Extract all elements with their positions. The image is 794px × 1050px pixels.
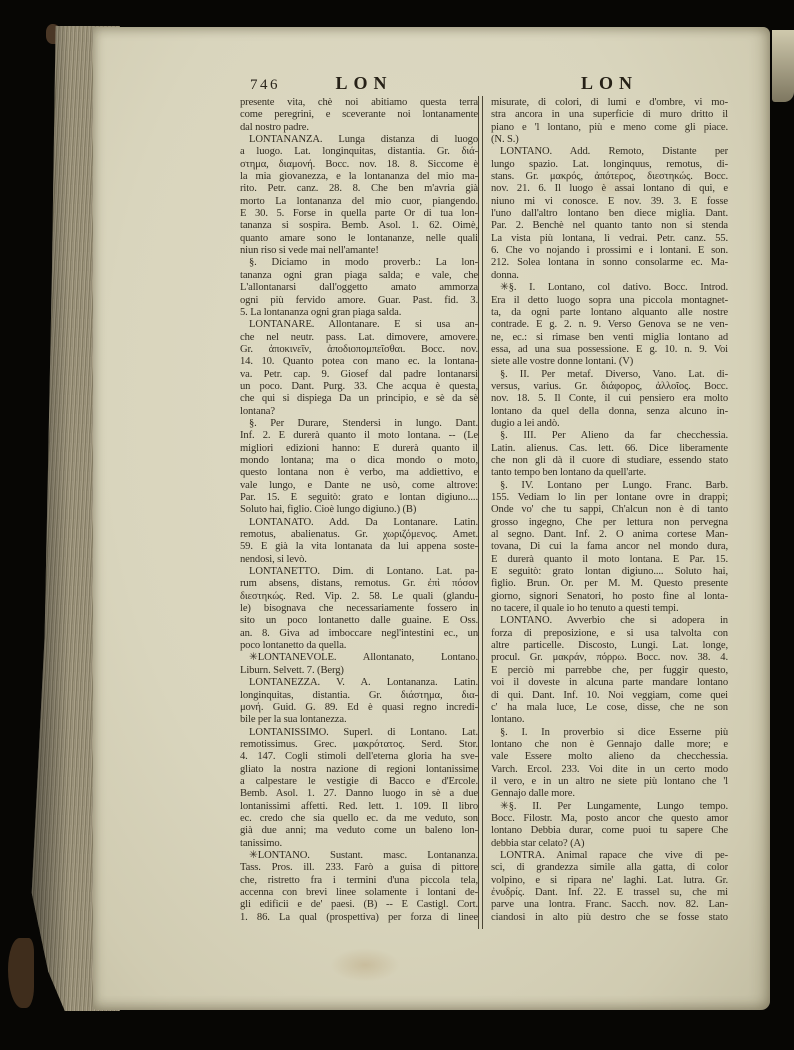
- text-line: LONTANETTO. Dim. di Lontano. Lat. pa-: [240, 566, 478, 578]
- text-line: longinquitas, distantia. Gr. διάστημα, δ…: [240, 690, 478, 702]
- text-line: sci, di grandezza simile alla gatta, di …: [491, 862, 728, 874]
- text-line: Varch. Ercol. 233. Voi dite in un certo …: [491, 764, 728, 776]
- text-line: bile per la sua lontanezza.: [240, 714, 478, 726]
- text-line: tanto tempo ben lontano da quell'arte.: [491, 467, 728, 479]
- text-line: che nel neutr. pass. Lat. dimovere, amov…: [240, 332, 478, 344]
- text-line: Liburn. Selvett. 7. (Berg): [240, 665, 478, 677]
- text-column-left: presente vita, chè noi abitiamo questa t…: [240, 97, 478, 924]
- text-line: al segno. Dant. Inf. 2. O anima cortese …: [491, 529, 728, 541]
- text-line: piano e 'l lontano, più e meno come gli …: [491, 122, 728, 134]
- text-line: μονή. Guid. G. 89. Ed è quasi regno incr…: [240, 702, 478, 714]
- text-line: un poco. Dant. Purg. 33. Che acqua è que…: [240, 381, 478, 393]
- text-line: volpino, e si ripara ne' laghi. Lat. lut…: [491, 875, 728, 887]
- text-line: lontano da quel della donna, senza alcun…: [491, 406, 728, 418]
- text-line: dugio a lei andò.: [491, 418, 728, 430]
- text-line: vale Essere molto alieno da checchessia.: [491, 751, 728, 763]
- text-line: l'uno dall'altro lontano ben diece migli…: [491, 208, 728, 220]
- text-line: migliori edizioni hanno: E durerà quanto…: [240, 443, 478, 455]
- text-line: accenna con brevi linee solamente i lont…: [240, 887, 478, 899]
- text-line: misurate, di colori, di lumi e d'ombre, …: [491, 97, 728, 109]
- text-line: niuno mi vi conosce. E nov. 39. 3. E fos…: [491, 196, 728, 208]
- text-line: στημα, διαμονή. Bocc. nov. 18. 8. Siccom…: [240, 159, 478, 171]
- text-line: essa, ad una sua possessione. E g. 10. n…: [491, 344, 728, 356]
- text-line: la mia giovanezza, e la lontananza del m…: [240, 171, 478, 183]
- text-line: §. Per Durare, Stendersi in lungo. Dant.: [240, 418, 478, 430]
- text-line: remotissimus. Grec. μακρότατος. Serd. St…: [240, 739, 478, 751]
- text-line: gli edificii e de' paesi. (B) -- E Casti…: [240, 899, 478, 911]
- text-line: che qui si dispiega Da un principio, e s…: [240, 393, 478, 405]
- column-divider-rule: [478, 96, 483, 929]
- text-line: §. I. In proverbio si dice Esserne più: [491, 727, 728, 739]
- text-line: Bemb. Asol. 1. 27. Danno luogo in sè a d…: [240, 788, 478, 800]
- text-line: c' ha mala luce, Le cose, disse, che ne …: [491, 702, 728, 714]
- text-line: vale lungo, e Dante ne usò, come altrove…: [240, 480, 478, 492]
- text-line: stra ancora in una superficie di muro dr…: [491, 109, 728, 121]
- text-line: §. II. Per metaf. Diverso, Vano. Lat. di…: [491, 369, 728, 381]
- text-line: il vero, e in un altro ne siete più lont…: [491, 776, 728, 788]
- text-line: voi il doveste in alcuna parte mandare l…: [491, 677, 728, 689]
- text-column-right: misurate, di colori, di lumi e d'ombre, …: [491, 97, 728, 924]
- text-line: ta, da ogni parte lontano alquanto alle …: [491, 307, 728, 319]
- text-line: poco lontanetto da quella.: [240, 640, 478, 652]
- text-line: figlio. Brun. Or. per M. M. Questo prese…: [491, 578, 728, 590]
- text-line: Par. 15. E seguitò: grato e lontan digiu…: [240, 492, 478, 504]
- text-line: morto La lontananza del mio cuor, piange…: [240, 196, 478, 208]
- text-line: come peregrini, e sceverante noi lontana…: [240, 109, 478, 121]
- text-line: questo lontana non è verbo, ma addiettiv…: [240, 467, 478, 479]
- text-line: di qui. Dant. Inf. 10. Noi veggiam, come…: [491, 690, 728, 702]
- text-line: lontana?: [240, 406, 478, 418]
- text-line: ✳LONTANEVOLE. Allontanato, Lontano.: [240, 652, 478, 664]
- text-line: E durerà quanto il moto lontana. E Par. …: [491, 554, 728, 566]
- text-line: a calpestare le vestigie di Bacco e d'Er…: [240, 776, 478, 788]
- text-line: 6. Che vo nojando i prossimi e i lontani…: [491, 245, 728, 257]
- text-line: che non gli dà il cuore di studiare, ess…: [491, 455, 728, 467]
- text-line: (N. S.): [491, 134, 728, 146]
- text-line: LONTANATO. Add. Da Lontanare. Latin.: [240, 517, 478, 529]
- text-line: Par. 2. Benchè nel quanto tanto non si s…: [491, 220, 728, 232]
- text-line: le) bisognava che necessariamente fosser…: [240, 603, 478, 615]
- book-cover-fragment-bottom: [8, 938, 34, 1008]
- text-line: tananza si sospira. Bemb. Asol. 1. 62. O…: [240, 220, 478, 232]
- text-line: 212. Solea lontana in sonno consolarme e…: [491, 257, 728, 269]
- text-line: tananza ogni gran piaga salda; e vale, c…: [240, 270, 478, 282]
- text-line: 5. La lontananza ogni gran piaga salda.: [240, 307, 478, 319]
- text-line: lontano.: [491, 714, 728, 726]
- text-line: E 30. 5. Forse in quella parte Or di tua…: [240, 208, 478, 220]
- text-line: ne, ec.: si rimase ben venti miglia lont…: [491, 332, 728, 344]
- text-line: lontanissimi affetti. Red. lett. 1. 109.…: [240, 801, 478, 813]
- text-line: presente vita, chè noi abitiamo questa t…: [240, 97, 478, 109]
- text-line: parve una lontra. Franc. Sacch. nov. 82.…: [491, 899, 728, 911]
- text-line: rum absens, distans, remotus. Gr. ἐπὶ πό…: [240, 578, 478, 590]
- text-line: altre particelle. Discosto, Lungi. Lat. …: [491, 640, 728, 652]
- text-line: Bocc. Filostr. Ma, posto ancor che quest…: [491, 813, 728, 825]
- text-line: §. III. Per Alieno da far checchessia.: [491, 430, 728, 442]
- text-line: 1. 86. La qual (prospettiva) per forza d…: [240, 912, 478, 924]
- text-line: procul. Gr. μακράν, πόρρω. Bocc. nov. 38…: [491, 652, 728, 664]
- text-line: grosso ingegno, Che per lettura non perv…: [491, 517, 728, 529]
- text-line: tovana, Di cui la fama ancor nel mondo d…: [491, 541, 728, 553]
- text-line: tanissimo.: [240, 838, 478, 850]
- text-line: niun riso si vede mai nell'amante!: [240, 245, 478, 257]
- text-line: Soluto hai, figlio. Cioè lungo digiuno.)…: [240, 504, 478, 516]
- text-line: LONTANO. Avverbio che si adopera in: [491, 615, 728, 627]
- text-line: che, ristretto fra i termini d'una picco…: [240, 875, 478, 887]
- text-line: donna.: [491, 270, 728, 282]
- text-line: Gennajo dalle more.: [491, 788, 728, 800]
- text-line: La vista più lontana, lì vedrai. Petr. c…: [491, 233, 728, 245]
- text-line: LONTANEZZA. V. A. Lontananza. Latin.: [240, 677, 478, 689]
- text-line: Onde vo' che tu sappi, Ch'alcun non è di…: [491, 504, 728, 516]
- text-line: sito un poco lontanetto dalle guaine. E …: [240, 615, 478, 627]
- text-line: §. IV. Lontano per Lungo. Franc. Barb.: [491, 480, 728, 492]
- text-line: nov. 18. 5. Il Conte, il cui pensiero er…: [491, 393, 728, 405]
- text-line: Inf. 2. E durerà quanto il moto lontana.…: [240, 430, 478, 442]
- text-line: διεστηκώς. Red. Vip. 2. 58. Le quali (gl…: [240, 591, 478, 603]
- book-scan: 746 LON LON presente vita, chè noi abiti…: [0, 0, 794, 1050]
- text-line: quanto amare sono le lontananze, nelle q…: [240, 233, 478, 245]
- text-line: ciandosi in alto più destro che se fosse…: [491, 912, 728, 924]
- text-line: LONTANARE. Allontanare. E si usa an-: [240, 319, 478, 331]
- text-line: E perciò mi parrebbe che, per fuggir que…: [491, 665, 728, 677]
- text-line: §. Diciamo in modo proverb.: La lon-: [240, 257, 478, 269]
- text-line: nov. 21. 6. Il luogo è assai lontano di …: [491, 183, 728, 195]
- facing-page-edge: [772, 30, 794, 102]
- text-line: an. 8. Giva ad imboccare negl'intestini …: [240, 628, 478, 640]
- text-line: nendosi, si levò.: [240, 554, 478, 566]
- text-line: LONTRA. Animal rapace che vive di pe-: [491, 850, 728, 862]
- text-line: Latin. alienus. Cas. lett. 66. Dice libe…: [491, 443, 728, 455]
- text-line: LONTANO. Add. Remoto, Distante per: [491, 146, 728, 158]
- text-line: mondo lontana; ma o dica mondo o moto,: [240, 455, 478, 467]
- text-line: va. Petr. cap. 9. Giosef dal padre lonta…: [240, 369, 478, 381]
- text-line: Gr. ἀποκινεῖν, ἀποδιοπομπεῖσθαι. Bocc. n…: [240, 344, 478, 356]
- text-line: Era il detto luogo sopra una piccola mon…: [491, 295, 728, 307]
- text-line: ogni più fervido amore. Guar. Past. fid.…: [240, 295, 478, 307]
- text-line: giorno, signori Senatori, ho posto fine …: [491, 591, 728, 603]
- text-line: LONTANANZA. Lunga distanza di luogo: [240, 134, 478, 146]
- text-line: L'allontanarsi dall'oggetto amato ammorz…: [240, 282, 478, 294]
- text-line: Tass. Pros. ill. 233. Farò a guisa di pi…: [240, 862, 478, 874]
- text-line: ✳§. I. Lontano, col dativo. Bocc. Introd…: [491, 282, 728, 294]
- text-line: ✳LONTANO. Sustant. masc. Lontananza.: [240, 850, 478, 862]
- text-line: dal nostro padre.: [240, 122, 478, 134]
- text-line: no tacere, il quale io ho tenuto a quest…: [491, 603, 728, 615]
- text-line: a luogo. Lat. longinquitas, distantia. G…: [240, 146, 478, 158]
- text-line: 14. 10. Quanto potea con mano ec. la lon…: [240, 356, 478, 368]
- text-line: 4. 147. Cogli stimoli dell'eterna gloria…: [240, 751, 478, 763]
- text-line: 59. E già la vita lontanata da lui appen…: [240, 541, 478, 553]
- text-line: forza di preposizione, e si usa talvolta…: [491, 628, 728, 640]
- text-line: debbia star celato? (A): [491, 838, 728, 850]
- running-head-left: LON: [250, 73, 478, 94]
- text-line: lungo spazio. Lat. longinquus, remotus, …: [491, 159, 728, 171]
- text-line: contrade. E g. 2. n. 9. Verso Genova se …: [491, 319, 728, 331]
- text-line: ἐνυδρίς. Dant. Inf. 22. E trassel su, ch…: [491, 887, 728, 899]
- running-head-right: LON: [491, 73, 728, 94]
- text-line: rito. Petr. canz. 28. 8. Che ben m'avria…: [240, 183, 478, 195]
- text-line: lontano che non è Gennajo dalle more; e: [491, 739, 728, 751]
- text-line: stans. Gr. μακρός, ἀπότερος, διεστηκώς. …: [491, 171, 728, 183]
- text-line: LONTANISSIMO. Superl. di Lontano. Lat.: [240, 727, 478, 739]
- text-line: E seguitò: grato lontan digiuno.... Solu…: [491, 566, 728, 578]
- text-line: ec. credo che sia quello ec. da me vedut…: [240, 813, 478, 825]
- text-line: gliato la nostra nazione di regioni lont…: [240, 764, 478, 776]
- text-line: già due anni; ma veduto come un baleno l…: [240, 825, 478, 837]
- text-line: 155. Vediam lo lin per lontane ovre in d…: [491, 492, 728, 504]
- text-line: ✳§. II. Per Lungamente, Lungo tempo.: [491, 801, 728, 813]
- text-line: siete alle vostre donne lontani. (V): [491, 356, 728, 368]
- text-line: versus, varius. Gr. διάφορος, ἀλλοῖος. B…: [491, 381, 728, 393]
- text-line: remotus, abalienatus. Gr. χωριζόμενος. A…: [240, 529, 478, 541]
- text-line: lontano Debbia durar, come puoi tu saper…: [491, 825, 728, 837]
